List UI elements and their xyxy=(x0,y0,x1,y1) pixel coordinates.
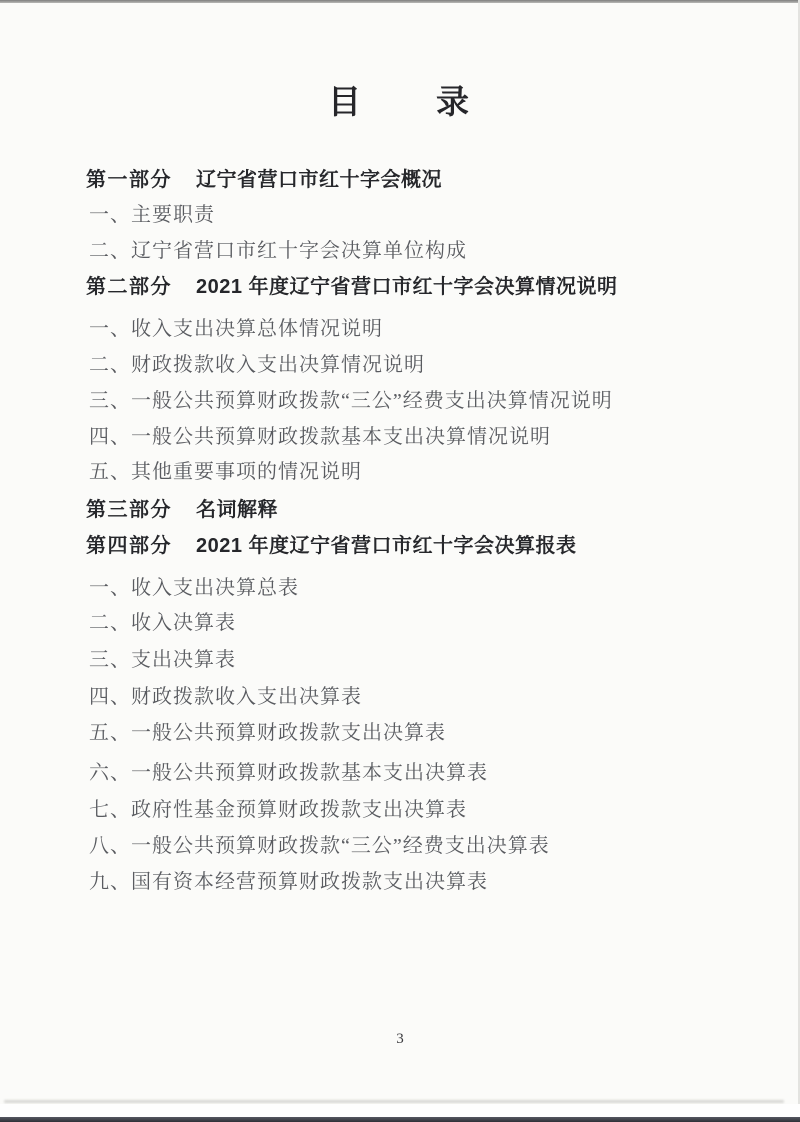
page-number: 3 xyxy=(0,1031,800,1048)
toc-part-2: 第二部分2021 年度辽宁省营口市红十字会决算情况说明 xyxy=(86,274,760,300)
toc-entry-text: 八、一般公共预算财政拨款“三公”经费支出决算表 xyxy=(89,835,550,857)
part-label: 第二部分 xyxy=(86,276,172,298)
toc-entry: 七、政府性基金预算财政拨款支出决算表 xyxy=(86,797,760,823)
scanned-document-page: 目 录 第一部分辽宁省营口市红十字会概况 一、主要职责 二、辽宁省营口市红十字会… xyxy=(0,0,800,1122)
toc-entry: 五、一般公共预算财政拨款支出决算表 xyxy=(86,720,760,746)
part-title: 2021 年度辽宁省营口市红十字会决算报表 xyxy=(196,535,577,557)
toc-entry: 四、一般公共预算财政拨款基本支出决算情况说明 xyxy=(86,424,760,450)
toc-entry-text: 一、收入支出决算总表 xyxy=(89,577,299,599)
toc-entry-text: 四、财政拨款收入支出决算表 xyxy=(89,686,362,708)
toc-entry-text: 三、支出决算表 xyxy=(89,649,236,671)
toc-entry: 四、财政拨款收入支出决算表 xyxy=(86,684,760,710)
toc-entry: 二、财政拨款收入支出决算情况说明 xyxy=(86,352,760,378)
scan-smudge-line xyxy=(4,1100,784,1103)
toc-entry: 一、收入支出决算总体情况说明 xyxy=(86,316,760,342)
scan-edge-bottom xyxy=(0,1117,800,1122)
toc-entry-text: 五、一般公共预算财政拨款支出决算表 xyxy=(89,722,446,744)
part-label: 第一部分 xyxy=(86,169,172,191)
part-label: 第四部分 xyxy=(86,535,172,557)
toc-part-1: 第一部分辽宁省营口市红十字会概况 xyxy=(86,167,760,193)
toc-entry: 二、辽宁省营口市红十字会决算单位构成 xyxy=(86,238,760,264)
toc-entry: 九、国有资本经营预算财政拨款支出决算表 xyxy=(86,869,760,895)
scan-white-band xyxy=(0,1104,800,1118)
part-label: 第三部分 xyxy=(86,499,172,521)
toc-entry-text: 九、国有资本经营预算财政拨款支出决算表 xyxy=(89,871,488,893)
toc-part-4: 第四部分2021 年度辽宁省营口市红十字会决算报表 xyxy=(86,533,760,559)
part-title: 辽宁省营口市红十字会概况 xyxy=(196,169,442,191)
toc-entry: 一、主要职责 xyxy=(86,202,760,228)
toc-entry: 八、一般公共预算财政拨款“三公”经费支出决算表 xyxy=(86,833,760,859)
toc-entry: 五、其他重要事项的情况说明 xyxy=(86,459,760,485)
toc-part-3: 第三部分名词解释 xyxy=(86,497,760,523)
toc-entry-text: 七、政府性基金预算财政拨款支出决算表 xyxy=(89,799,467,821)
toc-entry-text: 二、辽宁省营口市红十字会决算单位构成 xyxy=(89,240,467,262)
toc-entry-text: 五、其他重要事项的情况说明 xyxy=(89,461,362,483)
part-title: 名词解释 xyxy=(196,499,278,521)
toc-entry-text: 三、一般公共预算财政拨款“三公”经费支出决算情况说明 xyxy=(89,390,613,412)
toc-entry-text: 一、收入支出决算总体情况说明 xyxy=(89,318,383,340)
toc-entry-text: 一、主要职责 xyxy=(89,204,215,226)
toc-entry: 六、一般公共预算财政拨款基本支出决算表 xyxy=(86,760,760,786)
part-title: 2021 年度辽宁省营口市红十字会决算情况说明 xyxy=(196,276,618,298)
toc-entry: 三、一般公共预算财政拨款“三公”经费支出决算情况说明 xyxy=(86,388,760,414)
table-of-contents: 第一部分辽宁省营口市红十字会概况 一、主要职责 二、辽宁省营口市红十字会决算单位… xyxy=(0,0,800,1122)
toc-entry-text: 二、收入决算表 xyxy=(89,612,236,634)
toc-entry: 一、收入支出决算总表 xyxy=(86,575,760,601)
toc-entry: 二、收入决算表 xyxy=(86,610,760,636)
toc-entry-text: 二、财政拨款收入支出决算情况说明 xyxy=(89,354,425,376)
toc-entry: 三、支出决算表 xyxy=(86,647,760,673)
toc-entry-text: 六、一般公共预算财政拨款基本支出决算表 xyxy=(89,762,488,784)
toc-entry-text: 四、一般公共预算财政拨款基本支出决算情况说明 xyxy=(89,426,551,448)
